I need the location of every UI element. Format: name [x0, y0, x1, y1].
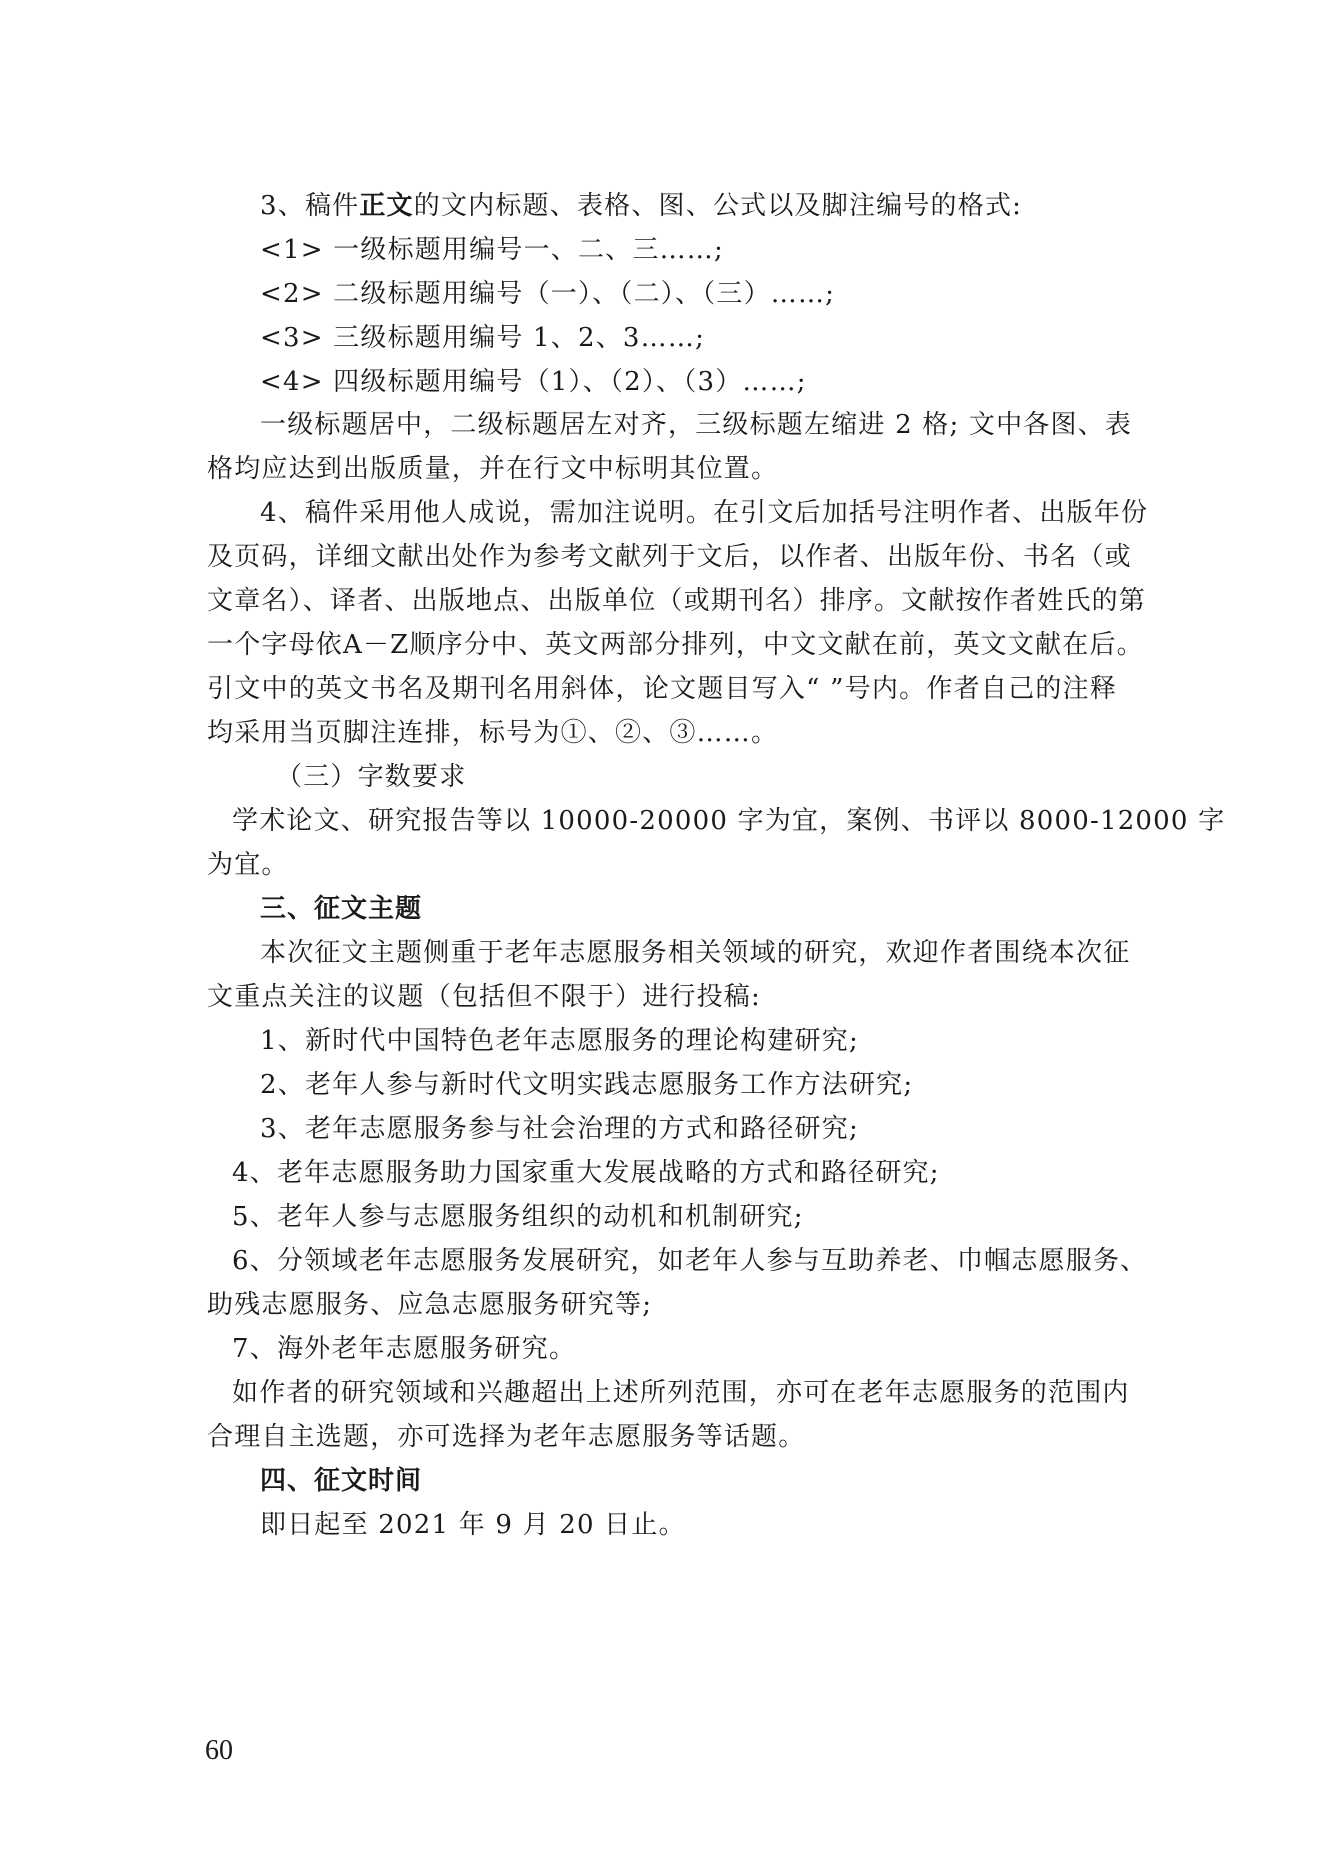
heading-level-1-rule: <1> 一级标题用编号一、二、三……; [260, 228, 1117, 272]
paragraph-line: 学术论文、研究报告等以 10000-20000 字为宜，案例、书评以 8000-… [232, 799, 1117, 843]
topic-list-item: 1、新时代中国特色老年志愿服务的理论构建研究; [260, 1019, 1117, 1063]
paragraph-line: 如作者的研究领域和兴趣超出上述所列范围，亦可在老年志愿服务的范围内 [232, 1371, 1117, 1415]
format-rule-suffix: 的文内标题、表格、图、公式以及脚注编号的格式: [414, 191, 1022, 221]
deadline-text: 即日起至 2021 年 9 月 20 日止。 [260, 1503, 1117, 1547]
bold-term-zhengwen: 正文 [359, 191, 413, 221]
format-rule-intro: 3、稿件正文的文内标题、表格、图、公式以及脚注编号的格式: [260, 184, 1117, 228]
topic-list-item: 5、老年人参与志愿服务组织的动机和机制研究; [232, 1195, 1117, 1239]
format-rule-prefix: 3、稿件 [260, 191, 359, 221]
paragraph-line: 为宜。 [207, 843, 1117, 887]
document-page: 3、稿件正文的文内标题、表格、图、公式以及脚注编号的格式: <1> 一级标题用编… [0, 0, 1323, 1871]
heading-level-3-rule: <3> 三级标题用编号 1、2、3……; [260, 316, 1117, 360]
page-number: 60 [205, 1735, 233, 1767]
topic-list-item: 7、海外老年志愿服务研究。 [232, 1327, 1117, 1371]
paragraph-line: 文章名）、译者、出版地点、出版单位（或期刊名）排序。文献按作者姓氏的第 [207, 579, 1117, 623]
paragraph-line: 及页码，详细文献出处作为参考文献列于文后，以作者、出版年份、书名（或 [207, 535, 1117, 579]
topic-list-item: 6、分领域老年志愿服务发展研究，如老年人参与互助养老、巾帼志愿服务、 [232, 1239, 1117, 1283]
heading-level-2-rule: <2> 二级标题用编号（一）、（二）、（三）……; [260, 272, 1117, 316]
paragraph-line: 本次征文主题侧重于老年志愿服务相关领域的研究，欢迎作者围绕本次征 [260, 931, 1117, 975]
topic-list-item: 4、老年志愿服务助力国家重大发展战略的方式和路径研究; [232, 1151, 1117, 1195]
paragraph-line: 4、稿件采用他人成说，需加注说明。在引文后加括号注明作者、出版年份 [260, 491, 1117, 535]
paragraph-line: 一个字母依A－Z顺序分中、英文两部分排列，中文文献在前，英文文献在后。 [207, 623, 1117, 667]
topic-list-item: 2、老年人参与新时代文明实践志愿服务工作方法研究; [260, 1063, 1117, 1107]
paragraph-line: 文重点关注的议题（包括但不限于）进行投稿: [207, 975, 1117, 1019]
heading-level-4-rule: <4> 四级标题用编号（1）、（2）、（3）……; [260, 360, 1117, 404]
paragraph-line: 均采用当页脚注连排，标号为①、②、③……。 [207, 711, 1117, 755]
subsection-heading-word-count: （三）字数要求 [276, 755, 1186, 799]
paragraph-line: 格均应达到出版质量，并在行文中标明其位置。 [207, 447, 1117, 491]
paragraph-line: 引文中的英文书名及期刊名用斜体，论文题目写入“ ”号内。作者自己的注释 [207, 667, 1117, 711]
section-heading-theme: 三、征文主题 [260, 887, 1117, 931]
topic-list-item: 3、老年志愿服务参与社会治理的方式和路径研究; [260, 1107, 1117, 1151]
section-heading-deadline: 四、征文时间 [260, 1459, 1117, 1503]
paragraph-line: 合理自主选题，亦可选择为老年志愿服务等话题。 [207, 1415, 1117, 1459]
paragraph-line: 助残志愿服务、应急志愿服务研究等; [207, 1283, 1117, 1327]
paragraph-line: 一级标题居中，二级标题居左对齐，三级标题左缩进 2 格; 文中各图、表 [260, 403, 1117, 447]
